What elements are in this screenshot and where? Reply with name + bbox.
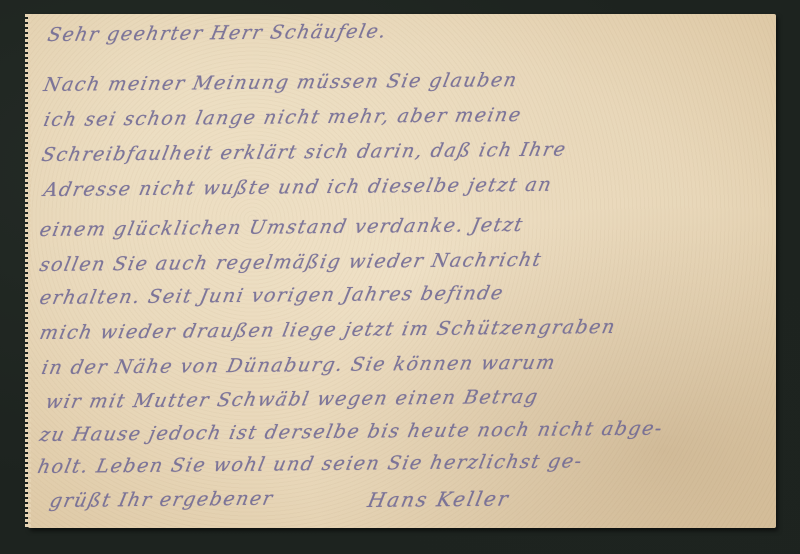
letter-line: wir mit Mutter Schwäbl wegen einen Betra… — [44, 386, 541, 413]
letter-line: in der Nähe von Dünaburg. Sie können war… — [40, 352, 558, 379]
postcard: Sehr geehrter Herr Schäufele. Nach meine… — [28, 14, 776, 528]
letter-line: Schreibfaulheit erklärt sich darin, daß … — [40, 139, 569, 166]
letter-line: einem glücklichen Umstand verdanke. Jetz… — [38, 214, 526, 241]
signature: Hans Keller — [366, 487, 512, 512]
letter-line: erhalten. Seit Juni vorigen Jahres befin… — [38, 282, 506, 309]
letter-line: mich wieder draußen liege jetzt im Schüt… — [38, 316, 618, 344]
letter-line: holt. Leben Sie wohl und seien Sie herzl… — [36, 450, 585, 478]
letter-line: Nach meiner Meinung müssen Sie glauben — [42, 69, 520, 96]
letter-line: zu Hause jedoch ist derselbe bis heute n… — [38, 417, 665, 446]
letter-line: ich sei schon lange nicht mehr, aber mei… — [42, 104, 524, 131]
letter-line: sollen Sie auch regelmäßig wieder Nachri… — [38, 249, 545, 276]
salutation-line: Sehr geehrter Herr Schäufele. — [46, 20, 389, 46]
closing-line: grüßt Ihr ergebener — [48, 488, 276, 512]
letter-line: Adresse nicht wußte und ich dieselbe jet… — [42, 174, 555, 201]
